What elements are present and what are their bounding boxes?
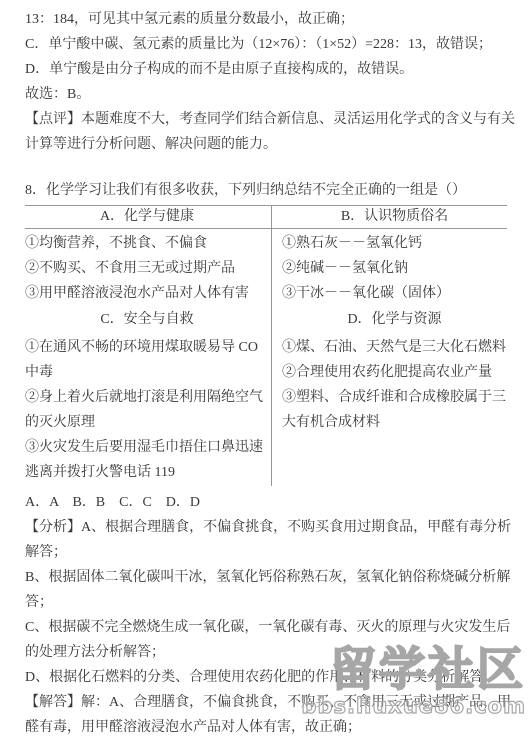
text-line: 13：184，可见其中氢元素的质量分数最小，故正确； [25,7,512,32]
table-cell-item: ①在通风不畅的环境用煤取暖易导 CO 中毒 [25,335,269,385]
table-cell-item: ①熟石灰－－氢氧化钙 [282,231,507,256]
answer-line: 醛有毒，用甲醛溶液浸泡水产品对人体有害，故正确； [25,715,512,739]
analysis-line: 的处理方法分析解答； [25,640,512,665]
table-cell-item: ②身上着火后就地打滚是利用隔绝空气的灭火原理 [25,385,269,435]
table-header-a: A．化学与健康 [25,206,272,229]
document-page: 13：184，可见其中氢元素的质量分数最小，故正确； C．单宁酸中碳、氢元素的质… [0,0,528,739]
options-line: A．A B．B C．C D．D [25,490,512,515]
table-cell-item: ①均衡营养，不挑食、不偏食 [25,231,269,256]
table-cell-item: ②纯碱－－氢氧化钠 [282,256,507,281]
table-cell-item: ③火灾发生后要用湿毛巾捂住口鼻迅速逃离并拨打火警电话 119 [25,435,269,485]
table-cell-item: ③用甲醛溶液浸泡水产品对人体有害 [25,281,269,306]
analysis-line: 答； [25,590,512,615]
table-cell-item: ①煤、石油、天然气是三大化石燃料 [282,335,507,360]
comment-line: 计算等进行分析问题、解决问题的能力。 [25,132,512,157]
analysis-line: C、根据碳不完全燃烧生成一氧化碳，一氧化碳有毒、灭火的原理与火灾发生后 [25,615,512,640]
table-cell-d: ①煤、石油、天然气是三大化石燃料 ②合理使用农药化肥提高农业产量 ③塑料、合成纤… [272,333,507,486]
table-cell-item: ③干冰－－氧化碳（固体） [282,281,507,306]
table-cell-item: ②不购买、不食用三无或过期产品 [25,256,269,281]
summary-table: A．化学与健康 B．认识物质俗名 ①均衡营养，不挑食、不偏食 ②不购买、不食用三… [25,205,507,486]
table-header-d: D．化学与资源 [272,307,507,333]
table-cell-b: ①熟石灰－－氢氧化钙 ②纯碱－－氢氧化钠 ③干冰－－氧化碳（固体） [272,229,507,307]
analysis-line: D、根据化石燃料的分类、合理使用农药化肥的作用、材料的分类分析解答。 [25,665,512,690]
answer-choice-line: 故选：B。 [25,82,512,107]
table-cell-a: ①均衡营养，不挑食、不偏食 ②不购买、不食用三无或过期产品 ③用甲醛溶液浸泡水产… [25,229,272,307]
table-cell-item: ②合理使用农药化肥提高农业产量 [282,360,507,385]
table-cell-item: ③塑料、合成纤谁和合成橡胶属于三大有机合成材料 [282,385,507,435]
analysis-line: 解答； [25,540,512,565]
answer-line: 【解答】解：A、合理膳食，不偏食挑食，不购买、不食用三无或过期产品，甲 [25,690,512,715]
table-header-c: C．安全与自救 [25,307,272,333]
table-cell-c: ①在通风不畅的环境用煤取暖易导 CO 中毒 ②身上着火后就地打滚是利用隔绝空气的… [25,333,272,486]
analysis-line: B、根据固体二氧化碳叫干冰，氢氧化钙俗称熟石灰，氢氧化钠俗称烧碱分析解 [25,565,512,590]
table-header-b: B．认识物质俗名 [272,206,507,229]
question-stem: 8．化学学习让我们有很多收获，下列归纳总结不完全正确的一组是（） [25,178,512,203]
text-line: C．单宁酸中碳、氢元素的质量比为（12×76）：（1×52）=228：13，故错… [25,32,512,57]
comment-line: 【点评】本题难度不大，考查同学们结合新信息、灵活运用化学式的含义与有关 [25,107,512,132]
text-line: D．单宁酸是由分子构成的而不是由原子直接构成的，故错误。 [25,57,512,82]
analysis-line: 【分析】A、根据合理膳食，不偏食挑食，不购买食用过期食品，甲醛有毒分析 [25,515,512,540]
